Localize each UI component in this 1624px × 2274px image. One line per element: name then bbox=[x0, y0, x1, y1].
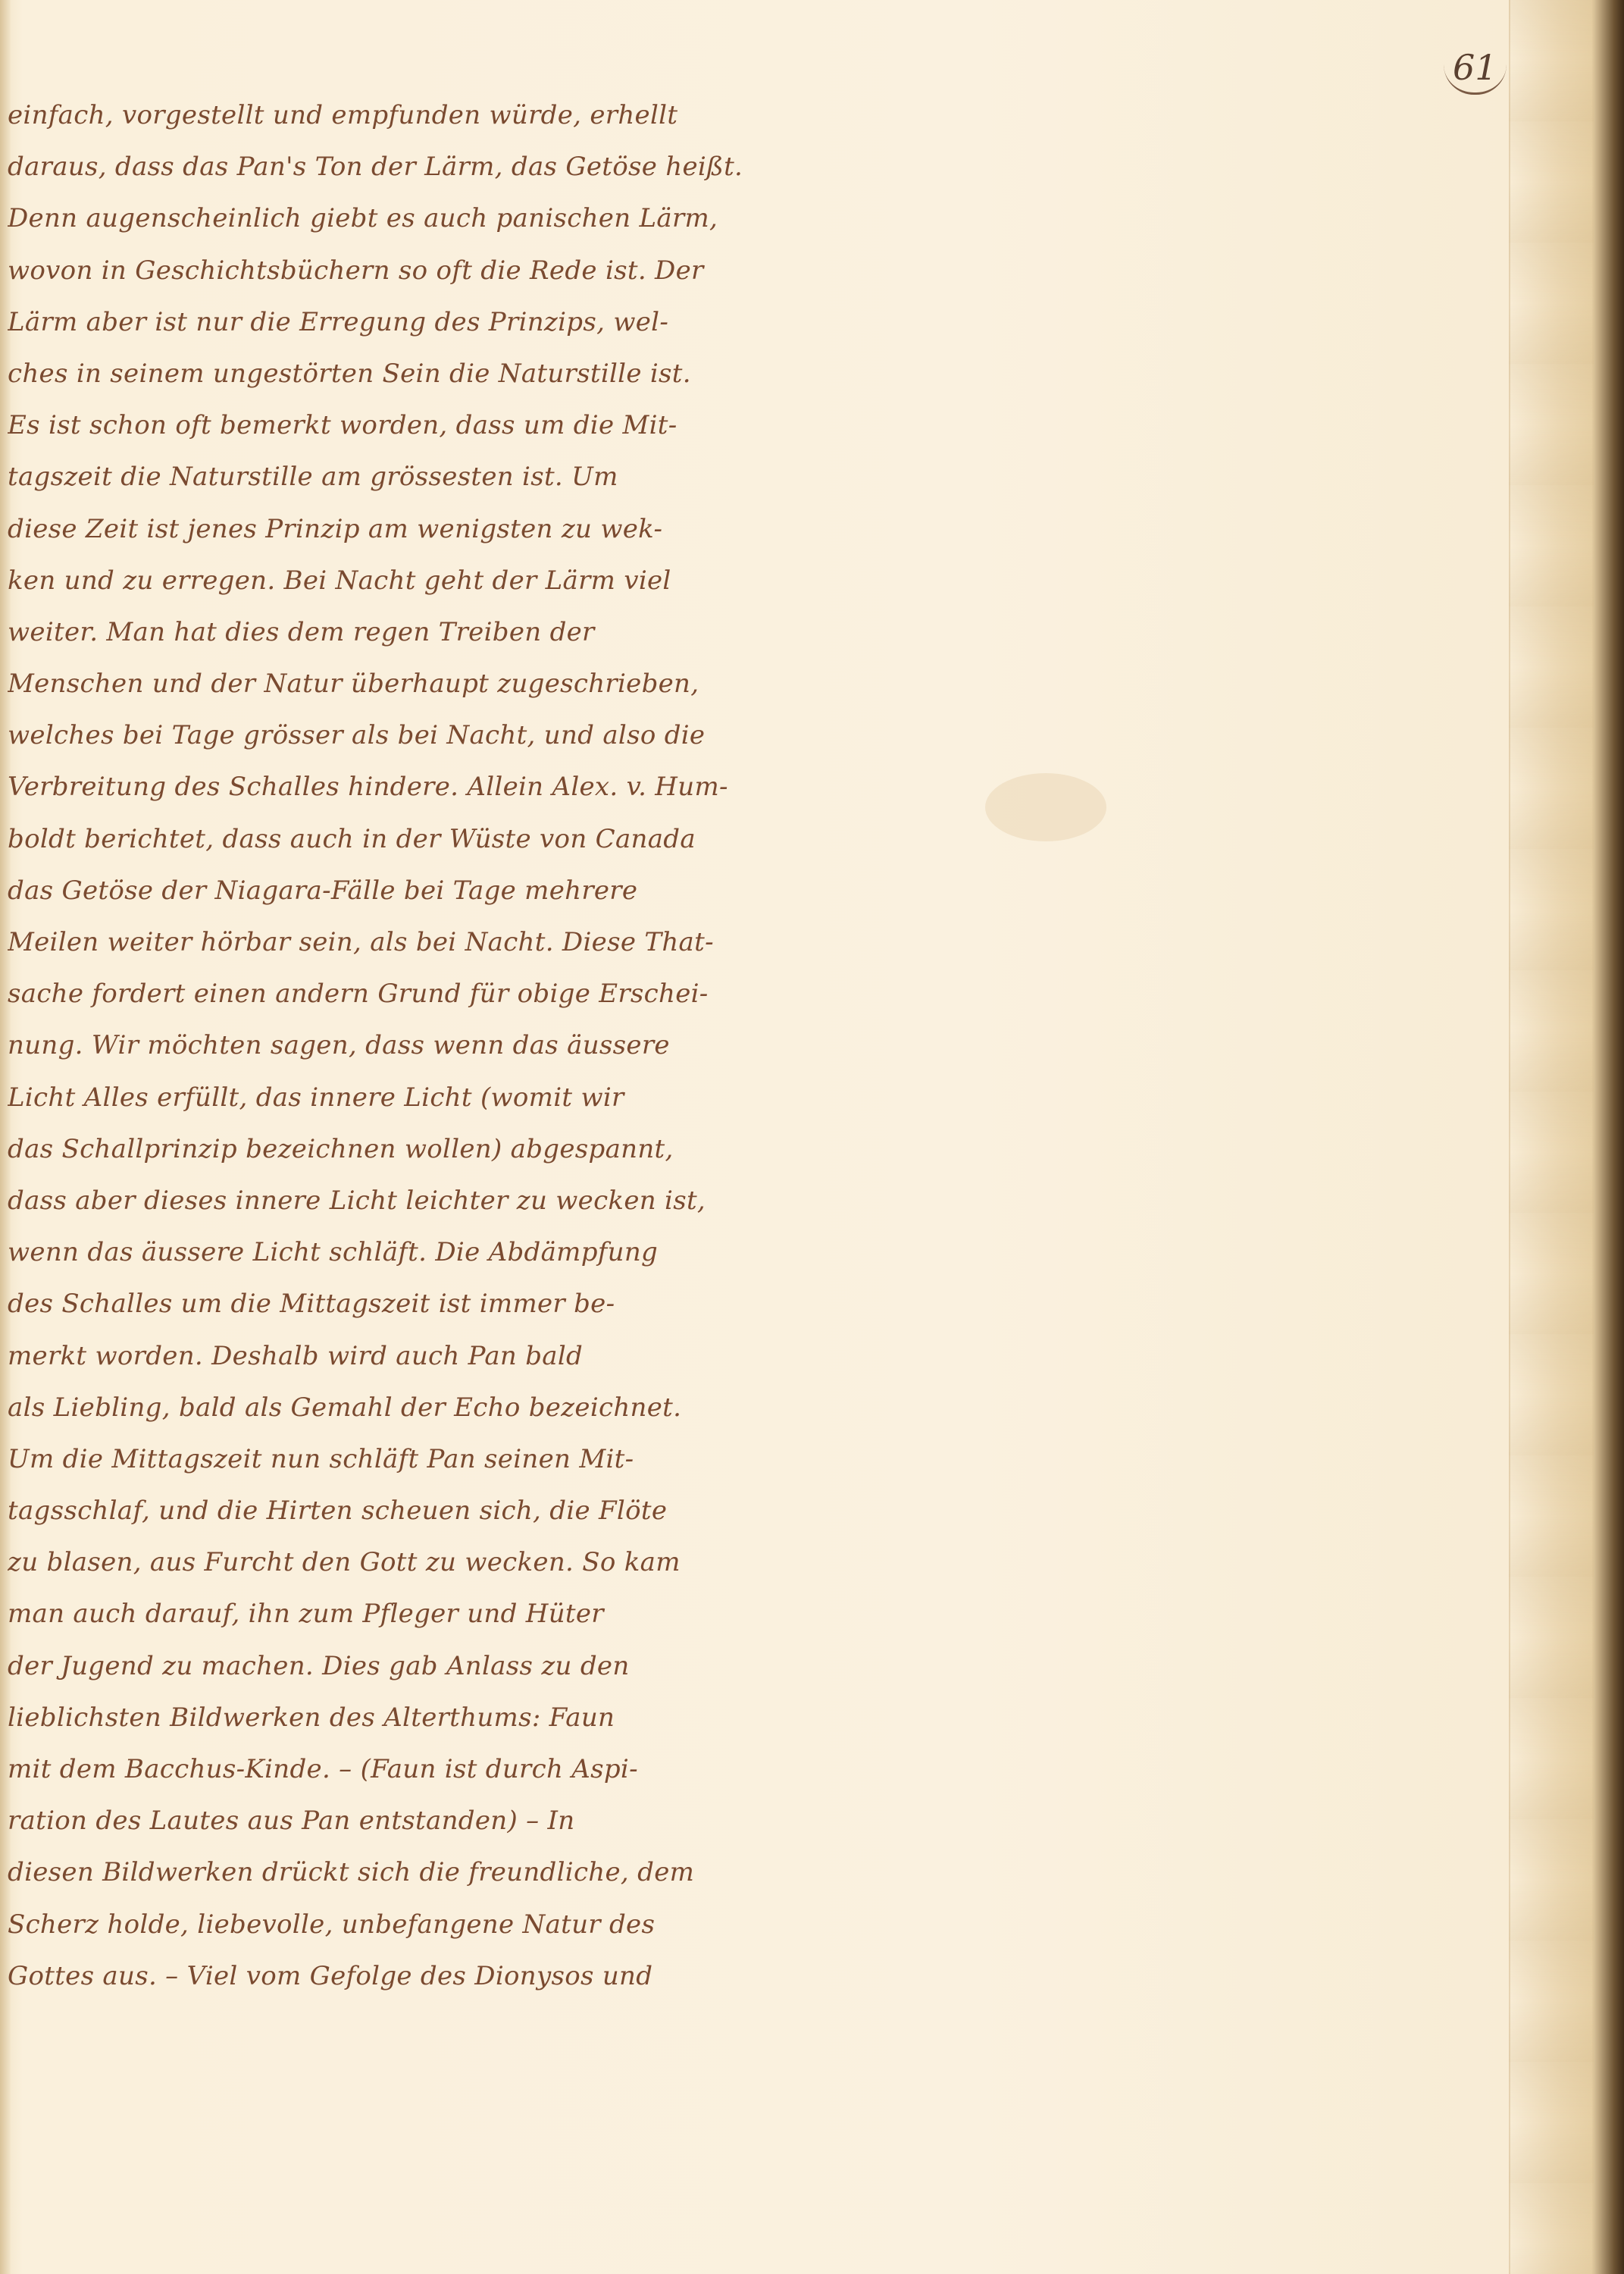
text-line: Scherz holde, liebevolle, unbefangene Na… bbox=[8, 1899, 834, 1950]
text-line: ken und zu erregen. Bei Nacht geht der L… bbox=[8, 555, 834, 606]
text-line: dass aber dieses innere Licht leichter z… bbox=[8, 1175, 834, 1226]
paper-stain bbox=[985, 773, 1106, 841]
page-edge-deckle bbox=[1509, 0, 1594, 2274]
text-line: boldt berichtet, dass auch in der Wüste … bbox=[8, 813, 834, 865]
handwritten-text-block: einfach, vorgestellt und empfunden würde… bbox=[8, 89, 834, 2002]
text-line: ration des Lautes aus Pan entstanden) – … bbox=[8, 1795, 834, 1846]
text-line: der Jugend zu machen. Dies gab Anlass zu… bbox=[8, 1640, 834, 1692]
text-line: daraus, dass das Pan's Ton der Lärm, das… bbox=[8, 141, 834, 193]
text-line: nung. Wir möchten sagen, dass wenn das ä… bbox=[8, 1020, 834, 1071]
text-line: Licht Alles erfüllt, das innere Licht (w… bbox=[8, 1072, 834, 1123]
text-line: tagsschlaf, und die Hirten scheuen sich,… bbox=[8, 1485, 834, 1536]
text-line: Gottes aus. – Viel vom Gefolge des Diony… bbox=[8, 1950, 834, 2002]
text-line: mit dem Bacchus-Kinde. – (Faun ist durch… bbox=[8, 1743, 834, 1795]
text-line: diesen Bildwerken drückt sich die freund… bbox=[8, 1846, 834, 1898]
text-line: Denn augenscheinlich giebt es auch panis… bbox=[8, 193, 834, 244]
text-line: Menschen und der Natur überhaupt zugesch… bbox=[8, 658, 834, 709]
text-line: Verbreitung des Schalles hindere. Allein… bbox=[8, 761, 834, 813]
text-line: merkt worden. Deshalb wird auch Pan bald bbox=[8, 1330, 834, 1382]
text-line: man auch darauf, ihn zum Pfleger und Hüt… bbox=[8, 1588, 834, 1640]
text-line: das Getöse der Niagara-Fälle bei Tage me… bbox=[8, 865, 834, 916]
text-line: tagszeit die Naturstille am grössesten i… bbox=[8, 451, 834, 503]
text-line: diese Zeit ist jenes Prinzip am wenigste… bbox=[8, 503, 834, 555]
text-line: welches bei Tage grösser als bei Nacht, … bbox=[8, 709, 834, 761]
text-line: Um die Mittagszeit nun schläft Pan seine… bbox=[8, 1433, 834, 1485]
manuscript-page: 61 einfach, vorgestellt und empfunden wü… bbox=[0, 0, 1624, 2274]
text-line: lieblichsten Bildwerken des Alterthums: … bbox=[8, 1692, 834, 1743]
text-line: das Schallprinzip bezeichnen wollen) abg… bbox=[8, 1123, 834, 1175]
text-line: Meilen weiter hörbar sein, als bei Nacht… bbox=[8, 916, 834, 968]
text-line: wovon in Geschichtsbüchern so oft die Re… bbox=[8, 245, 834, 296]
text-line: Es ist schon oft bemerkt worden, dass um… bbox=[8, 399, 834, 451]
text-line: als Liebling, bald als Gemahl der Echo b… bbox=[8, 1382, 834, 1433]
text-line: Lärm aber ist nur die Erregung des Prinz… bbox=[8, 296, 834, 348]
text-line: des Schalles um die Mittagszeit ist imme… bbox=[8, 1278, 834, 1330]
text-line: sache fordert einen andern Grund für obi… bbox=[8, 968, 834, 1020]
text-line: einfach, vorgestellt und empfunden würde… bbox=[8, 89, 834, 141]
text-line: wenn das äussere Licht schläft. Die Abdä… bbox=[8, 1226, 834, 1278]
text-line: weiter. Man hat dies dem regen Treiben d… bbox=[8, 606, 834, 658]
text-line: zu blasen, aus Furcht den Gott zu wecken… bbox=[8, 1536, 834, 1588]
page-number: 61 bbox=[1444, 47, 1507, 95]
text-line: ches in seinem ungestörten Sein die Natu… bbox=[8, 348, 834, 399]
